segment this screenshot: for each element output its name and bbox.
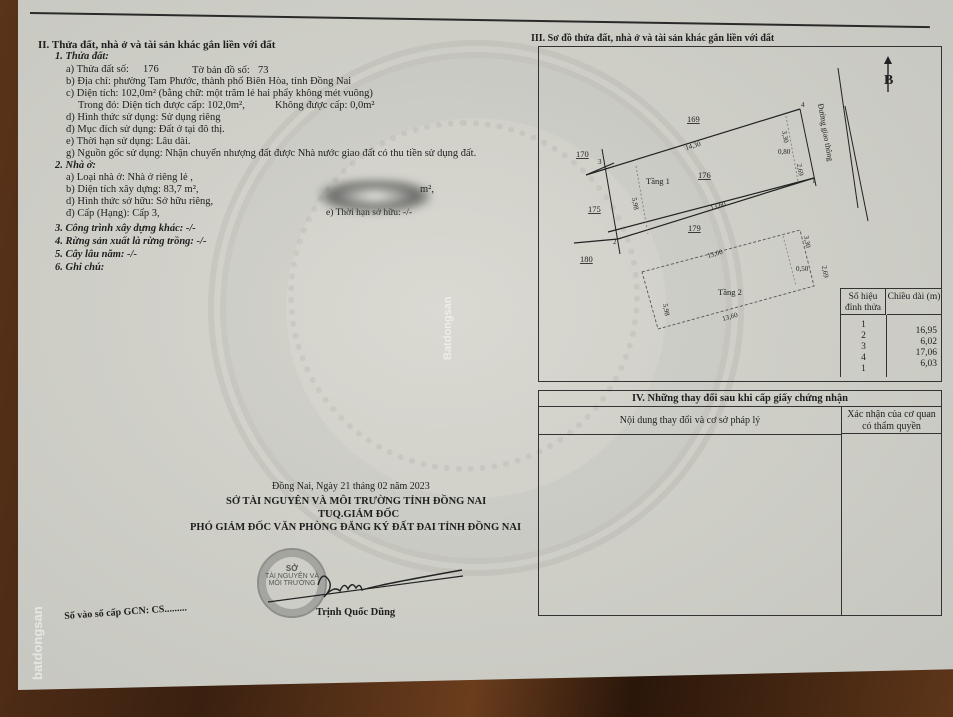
svg-text:13,60: 13,60 <box>709 200 727 212</box>
svg-text:179: 179 <box>688 223 701 233</box>
col-authority-confirmation: Xác nhận của cơ quan có thẩm quyền <box>841 407 941 434</box>
svg-text:5,98: 5,98 <box>630 197 640 211</box>
svg-text:3,30: 3,30 <box>780 130 790 144</box>
svg-text:4: 4 <box>801 101 805 109</box>
use-term: e) Thời hạn sử dụng: Lâu dài. <box>66 137 190 148</box>
agency-name: SỞ TÀI NGUYÊN VÀ MÔI TRƯỜNG TỈNH ĐỒNG NA… <box>226 497 486 508</box>
svg-text:0,80: 0,80 <box>778 148 791 156</box>
col-length-header: Chiều dài (m) <box>887 289 941 315</box>
svg-text:176: 176 <box>698 170 711 180</box>
land-origin: g) Nguồn gốc sử dụng: Nhận chuyển nhượng… <box>66 149 476 160</box>
other-works: 3. Công trình xây dựng khác: -/- <box>55 224 196 235</box>
section2-heading: II. Thửa đất, nhà ở và tài sản khác gắn … <box>38 40 275 51</box>
row-length: 16,95 <box>887 326 937 337</box>
svg-text:2,69: 2,69 <box>795 163 805 177</box>
col-change-content: Nội dung thay đổi và cơ sở pháp lý <box>539 407 841 435</box>
row-length: 17,06 <box>887 348 937 359</box>
svg-text:Tầng 1: Tầng 1 <box>646 176 670 186</box>
svg-text:14,30: 14,30 <box>684 140 702 152</box>
notes: 6. Ghi chú: <box>55 263 104 274</box>
svg-text:175: 175 <box>588 204 601 214</box>
svg-text:0,50: 0,50 <box>796 265 809 273</box>
use-purpose: đ) Mục đích sử dụng: Đất ở tại đô thị. <box>66 125 225 136</box>
svg-text:5,98: 5,98 <box>661 303 671 317</box>
address: b) Địa chỉ: phường Tam Phước, thành phố … <box>66 77 351 88</box>
svg-text:1: 1 <box>812 177 816 185</box>
built-area: b) Diện tích xây dựng: 83,7 m², <box>66 185 199 196</box>
signer-name: Trịnh Quốc Dũng <box>316 608 395 619</box>
section3-heading: III. Sơ đồ thửa đất, nhà ở và tài sản kh… <box>531 34 774 44</box>
changes-table: IV. Những thay đổi sau khi cấp giấy chứn… <box>538 390 942 616</box>
area-not-granted: Không được cấp: 0,0m² <box>275 101 375 112</box>
section4-heading: IV. Những thay đổi sau khi cấp giấy chứn… <box>539 391 941 407</box>
row-length: 6,03 <box>887 359 937 370</box>
perennial: 5. Cây lâu năm: -/- <box>55 250 137 261</box>
redacted-area <box>320 180 430 212</box>
batdongsan-watermark-center: Batdongsan <box>442 296 454 360</box>
col-vertex-header: Số hiệu đỉnh thửa <box>841 289 886 315</box>
row-vertex: 2 <box>841 331 886 342</box>
map-sheet-label: Tờ bản đồ số: <box>192 66 250 77</box>
area: c) Diện tích: 102,0m² (bằng chữ: một tră… <box>66 89 373 100</box>
use-form: d) Hình thức sử dụng: Sử dụng riêng <box>66 113 220 124</box>
svg-text:13,00: 13,00 <box>706 248 724 260</box>
signature <box>263 560 473 610</box>
svg-text:2: 2 <box>613 238 617 246</box>
forest: 4. Rừng sản xuất là rừng trồng: -/- <box>55 237 206 248</box>
row-length: 6,02 <box>887 337 937 348</box>
house-type: a) Loại nhà ở: Nhà ở riêng lẻ , <box>66 173 193 184</box>
svg-text:169: 169 <box>687 114 700 124</box>
on-behalf: TUQ.GIÁM ĐỐC <box>318 510 399 521</box>
batdongsan-watermark-left: batdongsan <box>30 606 45 680</box>
signer-position: PHÓ GIÁM ĐỐC VĂN PHÒNG ĐĂNG KÝ ĐẤT ĐAI T… <box>190 523 521 534</box>
row-vertex: 1 <box>841 320 886 331</box>
svg-text:3: 3 <box>598 158 602 166</box>
svg-text:3,30: 3,30 <box>802 235 812 249</box>
map-sheet: 73 <box>258 66 269 77</box>
svg-text:Tầng 2: Tầng 2 <box>718 287 742 297</box>
ownership-form: d) Hình thức sở hữu: Sở hữu riêng, <box>66 197 213 208</box>
row-vertex: 3 <box>841 342 886 353</box>
svg-text:170: 170 <box>576 149 589 159</box>
vertex-length-table: Số hiệu đỉnh thửa Chiều dài (m) 1 16,95 … <box>840 288 941 377</box>
plot-no-label: a) Thửa đất số: <box>66 65 129 76</box>
house-heading: 2. Nhà ở: <box>55 161 96 172</box>
row-vertex: 1 <box>841 364 886 375</box>
road-label: Đường giao thông <box>816 103 835 162</box>
row-vertex: 4 <box>841 353 886 364</box>
svg-text:2,69: 2,69 <box>820 265 830 279</box>
land-heading: 1. Thửa đất: <box>55 52 109 63</box>
sign-date: Đồng Nai, Ngày 21 tháng 02 năm 2023 <box>272 482 430 492</box>
north-symbol: B <box>884 73 893 88</box>
house-grade: đ) Cấp (Hạng): Cấp 3, <box>66 209 160 220</box>
svg-text:13,60: 13,60 <box>721 311 739 323</box>
plot-no: 176 <box>143 65 159 76</box>
area-granted: Trong đó: Diện tích được cấp: 102,0m², <box>78 101 245 112</box>
svg-text:180: 180 <box>580 254 593 264</box>
